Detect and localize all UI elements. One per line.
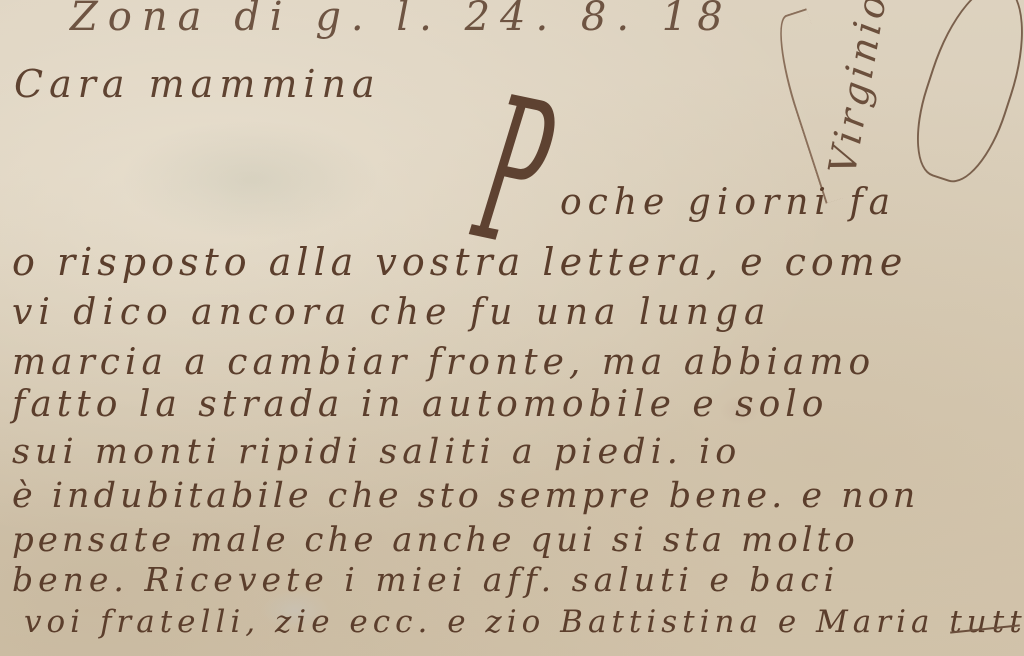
- body-line: oche giorni fa: [560, 182, 896, 223]
- body-line: fatto la strada in automobile e solo: [12, 384, 828, 425]
- paper-stain: [120, 120, 380, 240]
- place-date: Zona di g. l. 24. 8. 18: [70, 0, 733, 40]
- postcard: Zona di g. l. 24. 8. 18 Cara mammina P V…: [0, 0, 1024, 656]
- flourish-loop: [901, 0, 1024, 192]
- body-line: pensate male che anche qui si sta molto: [12, 520, 859, 560]
- body-line: marcia a cambiar fronte, ma abbiamo: [12, 342, 875, 383]
- body-line: è indubitabile che sto sempre bene. e no…: [12, 476, 919, 516]
- body-line: o risposto alla vostra lettera, e come: [12, 240, 907, 284]
- body-line: vi dico ancora che fu una lunga: [12, 292, 771, 333]
- body-line: bene. Ricevete i miei aff. saluti e baci: [12, 560, 839, 599]
- body-line: voi fratelli, zie ecc. e zio Battistina …: [24, 604, 1024, 640]
- greeting: Cara mammina: [14, 62, 381, 106]
- body-line: sui monti ripidi saliti a piedi. io: [12, 432, 741, 472]
